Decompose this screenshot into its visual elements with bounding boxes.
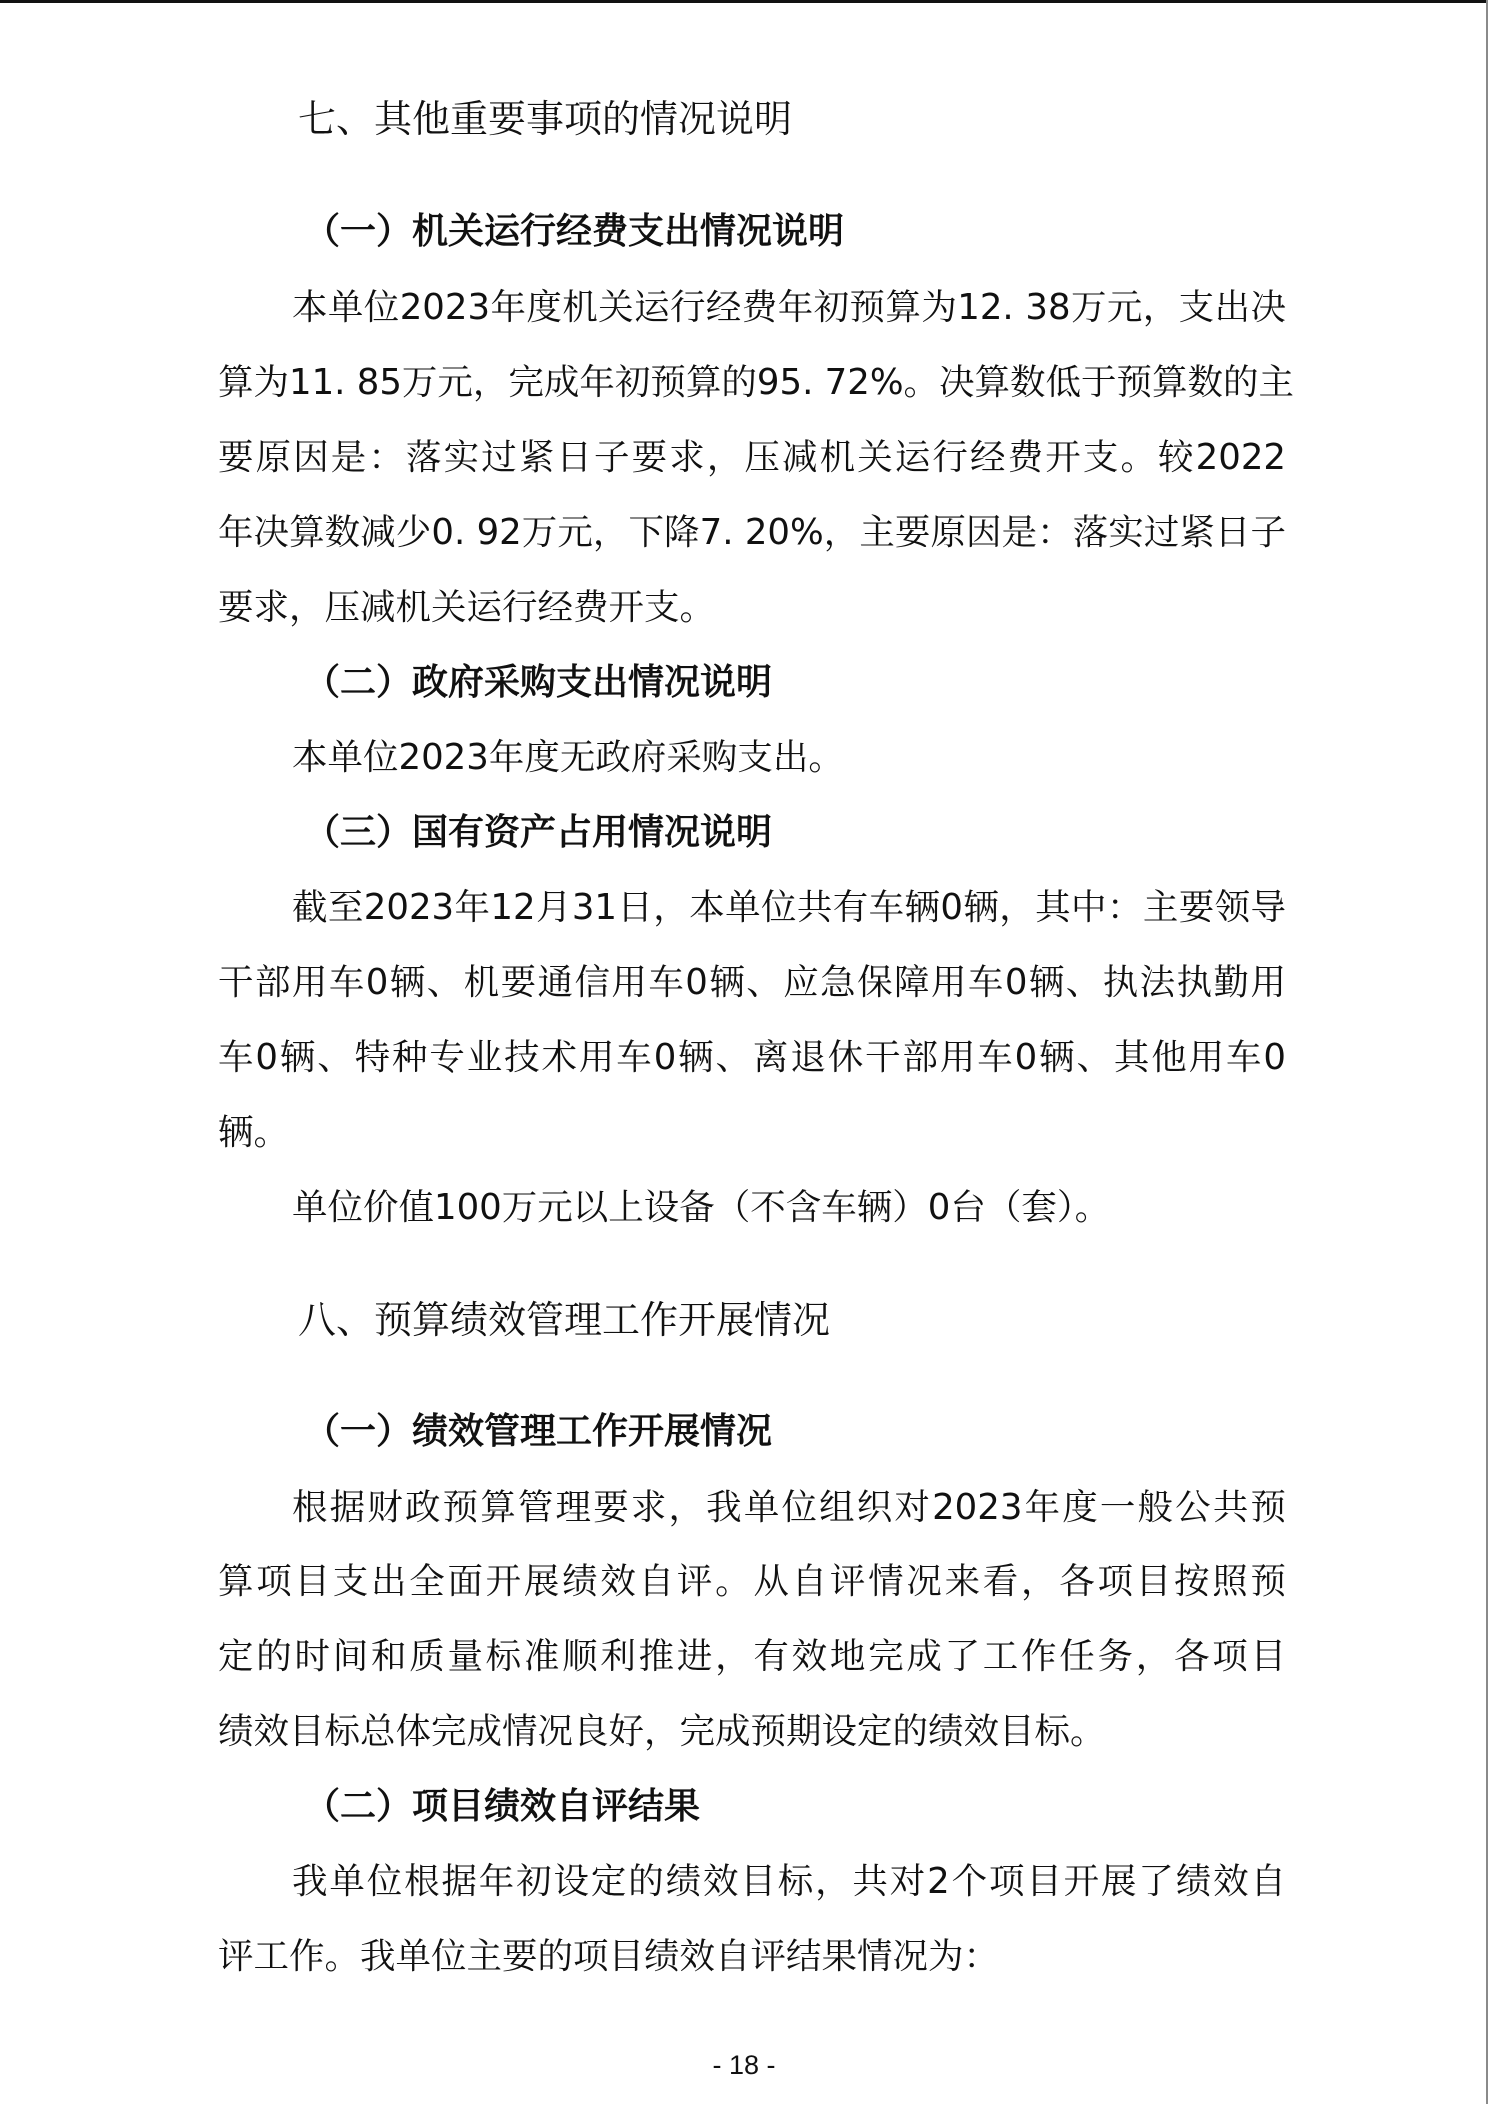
paragraph-line: 单位价值100万元以上设备（不含车辆）0台（套）。: [292, 1190, 1286, 1226]
subsection-heading-7-3: （三）国有资产占用情况说明: [304, 815, 772, 851]
paragraph-line: 根据财政预算管理要求，我单位组织对2023年度一般公共预: [292, 1490, 1286, 1526]
page-top-border: [0, 0, 1488, 3]
subsection-heading-7-2: （二）政府采购支出情况说明: [304, 665, 772, 701]
paragraph-line: 干部用车0辆、机要通信用车0辆、应急保障用车0辆、执法执勤用: [218, 965, 1286, 1001]
paragraph-line: 截至2023年12月31日，本单位共有车辆0辆，其中：主要领导: [292, 890, 1286, 926]
page-number: - 18 -: [0, 2050, 1488, 2081]
paragraph-line: 要原因是：落实过紧日子要求，压减机关运行经费开支。较2022: [218, 440, 1286, 476]
section-heading-8: 八、预算绩效管理工作开展情况: [298, 1301, 830, 1339]
section-heading-7: 七、其他重要事项的情况说明: [298, 100, 792, 138]
paragraph-line: 年决算数减少0. 92万元，下降7. 20%，主要原因是：落实过紧日子: [218, 515, 1286, 551]
subsection-heading-8-1: （一）绩效管理工作开展情况: [304, 1414, 772, 1450]
paragraph-line: 算为11. 85万元，完成年初预算的95. 72%。决算数低于预算数的主: [218, 365, 1286, 401]
paragraph-line: 本单位2023年度机关运行经费年初预算为12. 38万元，支出决: [292, 290, 1286, 326]
subsection-heading-8-2: （二）项目绩效自评结果: [304, 1789, 700, 1825]
paragraph-line: 本单位2023年度无政府采购支出。: [292, 740, 1286, 776]
subsection-heading-7-1: （一）机关运行经费支出情况说明: [304, 214, 844, 250]
paragraph-line: 我单位根据年初设定的绩效目标，共对2个项目开展了绩效自: [292, 1864, 1286, 1900]
paragraph-line: 算项目支出全面开展绩效自评。从自评情况来看，各项目按照预: [218, 1564, 1286, 1600]
paragraph-line: 绩效目标总体完成情况良好，完成预期设定的绩效目标。: [218, 1714, 1286, 1750]
paragraph-line: 车0辆、特种专业技术用车0辆、离退休干部用车0辆、其他用车0: [218, 1040, 1286, 1076]
paragraph-line: 要求，压减机关运行经费开支。: [218, 590, 1286, 626]
paragraph-line: 评工作。我单位主要的项目绩效自评结果情况为：: [218, 1939, 1286, 1975]
paragraph-line: 定的时间和质量标准顺利推进，有效地完成了工作任务，各项目: [218, 1639, 1286, 1675]
paragraph-line: 辆。: [218, 1115, 1286, 1151]
